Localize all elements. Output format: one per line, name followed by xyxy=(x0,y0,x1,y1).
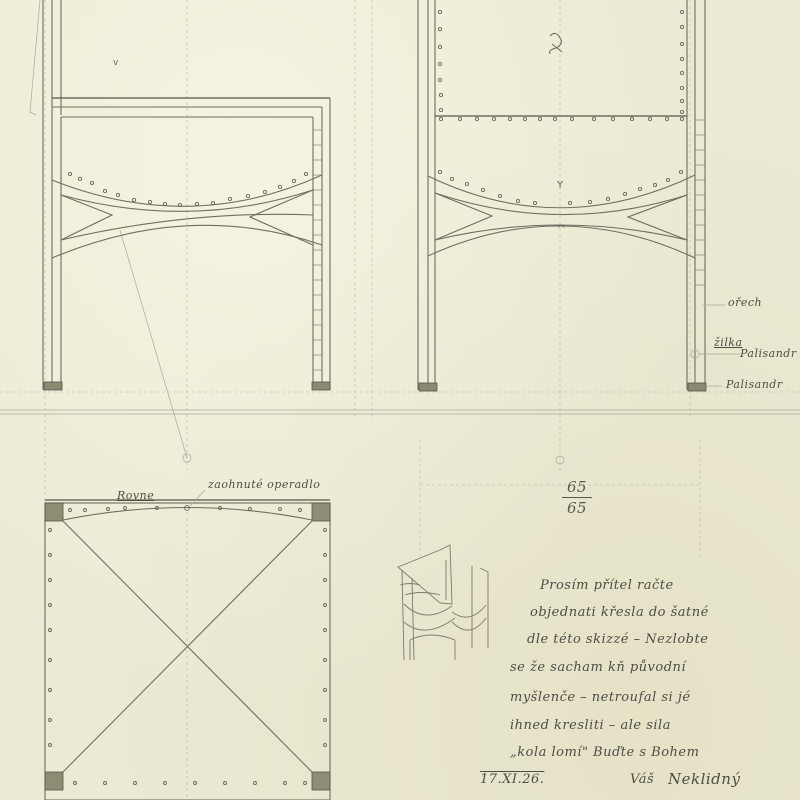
note-line-7: „kola lomí" Buďte s Bohem xyxy=(510,745,699,760)
annotation-inlay: žilka xyxy=(714,336,743,349)
annotation-straight: Rovne xyxy=(117,489,154,502)
note-line-6: ihned kresliti – ale sila xyxy=(510,718,671,733)
dimension-bottom: 65 xyxy=(562,499,592,517)
note-line-4: se že sacham kň původní xyxy=(510,660,686,675)
guide-lines xyxy=(45,0,700,800)
dimension-fraction: 65 65 xyxy=(562,478,592,517)
chair-drawing: v xyxy=(0,0,800,800)
plan-view xyxy=(45,490,330,800)
front-elevation: v xyxy=(30,0,330,390)
dimension-top: 65 xyxy=(562,478,592,496)
annotation-rosewood-inlay: Palisandr xyxy=(740,347,797,360)
annotation-walnut: ořech xyxy=(728,296,762,309)
note-line-3: dle této skizzé – Nezlobte xyxy=(527,632,708,647)
signature-prefix: Váš xyxy=(630,772,654,787)
svg-text:v: v xyxy=(113,58,119,68)
svg-text:^: ^ xyxy=(557,224,565,235)
note-date: 17.XI.26. xyxy=(480,772,544,787)
annotation-curved-back: zaohnuté operadlo xyxy=(208,478,320,491)
side-elevation: Y ^ xyxy=(418,0,740,391)
fold-line xyxy=(0,392,800,414)
annotation-rosewood-foot: Palisandr xyxy=(726,378,783,391)
fraction-bar xyxy=(562,497,592,498)
signature: Neklidný xyxy=(668,770,740,788)
drawing-sheet: v xyxy=(0,0,800,800)
note-line-2: objednati křesla do šatné xyxy=(530,605,709,620)
svg-text:Y: Y xyxy=(556,180,564,191)
note-line-5: myšlenče – netroufal si jé xyxy=(510,690,691,705)
note-line-1: Prosím přítel račte xyxy=(540,578,674,593)
perspective-sketch xyxy=(398,545,488,660)
